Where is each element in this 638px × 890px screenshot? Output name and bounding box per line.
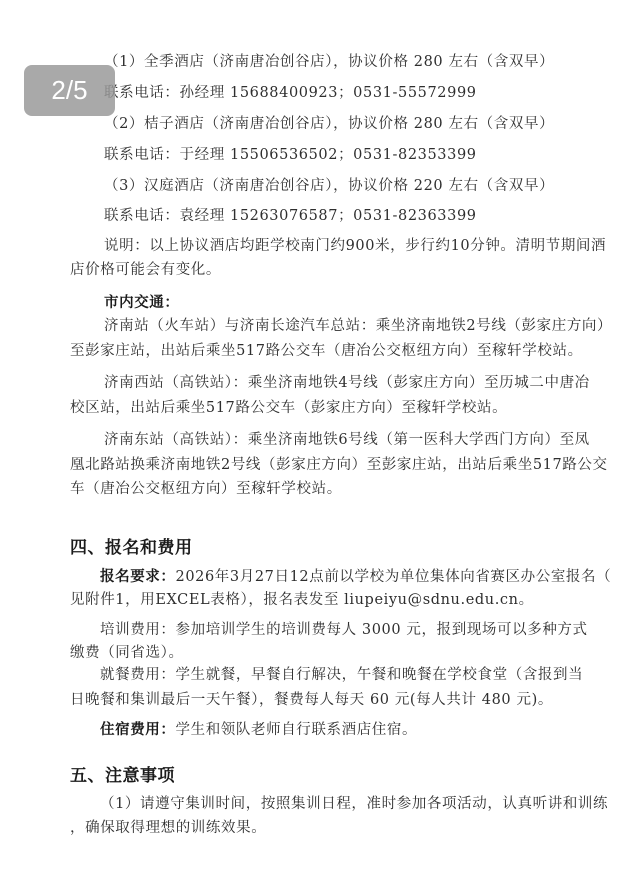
registration-label: 报名要求： (100, 569, 176, 585)
transport-jinan-west-line-2: 校区站，出站后乘坐517路公交车（彭家庄方向）至稼轩学校站。 (70, 398, 507, 418)
hotel-1-contact: 联系电话：孙经理 15688400923；0531-55572999 (104, 83, 477, 103)
registration-text: 2026年3月27日12点前以学校为单位集体向省赛区办公室报名（ (176, 569, 612, 585)
transport-jinan-station-line-2: 至彭家庄站，出站后乘坐517路公交车（唐冶公交枢纽方向）至稼轩学校站。 (70, 341, 583, 361)
notice-1-line-1: （1）请遵守集训时间，按照集训日程，准时参加各项活动，认真听讲和训练 (100, 794, 608, 814)
transport-jinan-east-line-3: 车（唐冶公交枢纽方向）至稼轩学校站。 (70, 479, 342, 499)
training-fee-line-1: 培训费用：参加培训学生的培训费每人 3000 元，报到现场可以多种方式 (100, 620, 588, 640)
training-fee-line-2: 缴费（同省选）。 (70, 643, 184, 663)
section-4-heading: 四、报名和费用 (70, 537, 193, 559)
hotel-2-title: （2）桔子酒店（济南唐冶创谷店），协议价格 280 左右（含双早） (104, 114, 554, 134)
meal-fee-line-1: 就餐费用：学生就餐，早餐自行解决，午餐和晚餐在学校食堂（含报到当 (100, 665, 583, 685)
registration-line-1: 报名要求：2026年3月27日12点前以学校为单位集体向省赛区办公室报名（ (100, 567, 611, 587)
lodging-fee-line: 住宿费用：学生和领队老师自行联系酒店住宿。 (100, 720, 417, 740)
hotel-3-title: （3）汉庭酒店（济南唐冶创谷店），协议价格 220 左右（含双早） (104, 176, 554, 196)
hotel-note-line-2: 店价格可能会有变化。 (70, 260, 221, 280)
hotel-2-contact: 联系电话：于经理 15506536502；0531-82353399 (104, 145, 477, 165)
hotel-3-contact: 联系电话：袁经理 15263076587；0531-82363399 (104, 206, 477, 226)
meal-fee-line-2: 日晚餐和集训最后一天午餐），餐费每人每天 60 元(每人共计 480 元)。 (70, 690, 553, 710)
transport-jinan-east-line-1: 济南东站（高铁站）：乘坐济南地铁6号线（第一医科大学西门方向）至凤 (104, 430, 590, 450)
transport-heading: 市内交通： (104, 293, 180, 313)
hotel-note-line-1: 说明：以上协议酒店均距学校南门约900米，步行约10分钟。清明节期间酒 (104, 236, 606, 256)
lodging-fee-text: 学生和领队老师自行联系酒店住宿。 (176, 722, 418, 738)
section-5-heading: 五、注意事项 (70, 765, 175, 787)
notice-1-line-2: ，确保取得理想的训练效果。 (70, 818, 266, 838)
page-indicator-badge: 2/5 (24, 65, 115, 116)
transport-jinan-station-line-1: 济南站（火车站）与济南长途汽车总站：乘坐济南地铁2号线（彭家庄方向） (104, 316, 612, 336)
registration-line-2: 见附件1，用EXCEL表格），报名表发至 liupeiyu@sdnu.edu.c… (70, 590, 534, 610)
lodging-fee-label: 住宿费用： (100, 722, 176, 738)
transport-jinan-east-line-2: 凰北路站换乘济南地铁2号线（彭家庄方向）至彭家庄站，出站后乘坐517路公交 (70, 455, 608, 475)
transport-jinan-west-line-1: 济南西站（高铁站）：乘坐济南地铁4号线（彭家庄方向）至历城二中唐冶 (104, 373, 590, 393)
hotel-1-title: （1）全季酒店（济南唐冶创谷店），协议价格 280 左右（含双早） (104, 52, 554, 72)
